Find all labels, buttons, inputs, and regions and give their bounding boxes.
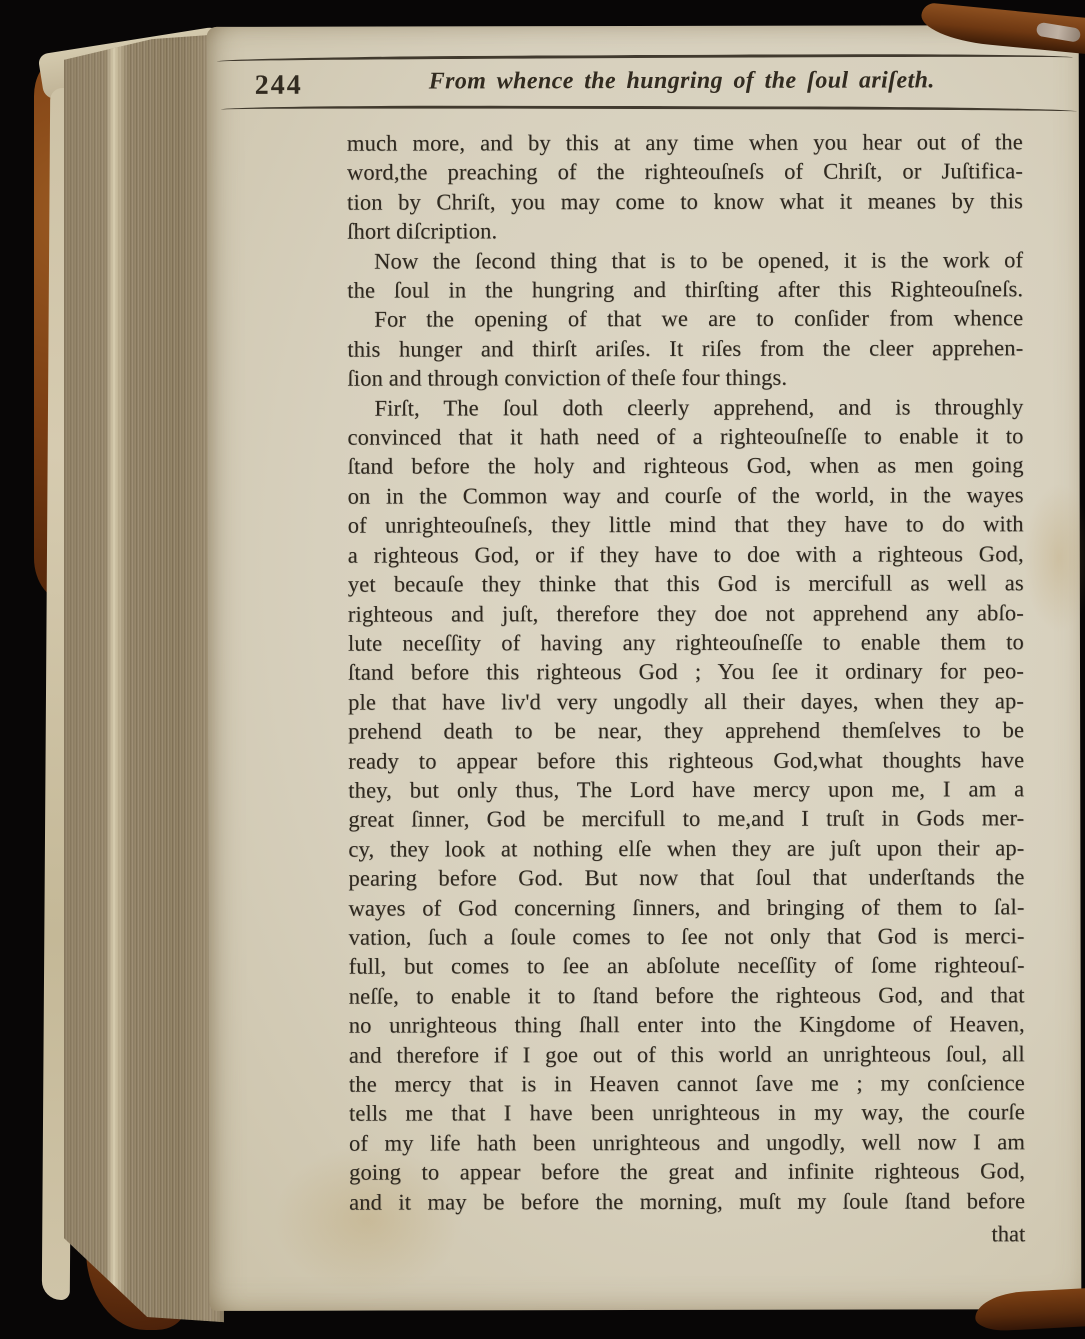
text-line: neſſe, to enable it to ſtand before the … [349,980,1025,1011]
text-line: and therefore if I goe out of this world… [349,1039,1025,1070]
text-line: of unrighteouſneſs, they little mind tha… [348,509,1024,540]
text-line: prehend death to be near, they apprehend… [348,715,1024,746]
paper-stain-right [1024,483,1085,633]
headband-fleck [1036,22,1082,43]
text-line: cy, they look at nothing elſe when they … [348,833,1024,864]
text-line: word,the preaching of the righteouſneſs … [347,157,1023,188]
text-line: of my life hath been unrighteous and ung… [349,1127,1025,1158]
running-header: From whence the hungring of the ſoul ari… [337,67,1027,95]
text-line: ſion and through conviction of theſe fou… [347,362,1023,393]
text-line: the mercy that is in Heaven cannot ſave … [349,1068,1025,1099]
text-line: tion by Chriſt, you may come to know wha… [347,186,1023,217]
text-line: yet becauſe they thinke that this God is… [348,568,1024,599]
text-line: righteous and juſt, therefore they doe n… [348,598,1024,629]
page-number: 244 [255,70,303,102]
text-line: vation, ſuch a ſoule comes to ſee not on… [349,921,1025,952]
text-line: ple that have liv'd very ungodly all the… [348,686,1024,717]
header-top-rule [217,53,1073,66]
text-line: and it may be before the morning, muſt m… [349,1186,1025,1217]
text-line: Now the ſecond thing that is to be opene… [347,245,1023,276]
text-line: lute neceſſity of having any righteouſne… [348,627,1024,658]
text-line: going to appear before the great and inf… [349,1156,1025,1187]
text-line: pearing before God. But now that ſoul th… [348,862,1024,893]
text-line: a righteous God, or if they have to doe … [348,539,1024,570]
text-line: ſhort diſcription. [347,215,1023,246]
text-line: convinced that it hath need of a righteo… [347,421,1023,452]
text-line: on in the Common way and courſe of the w… [348,480,1024,511]
text-line: Firſt, The ſoul doth cleerly apprehend, … [347,392,1023,423]
page-fore-edge [64,34,224,1326]
text-line: great ſinner, God be mercifull to me,and… [348,804,1024,835]
catchword: that [349,1221,1025,1248]
page-body: much more, and by this at any time when … [347,127,1025,1216]
text-line: full, but comes to ſee an abſolute neceſ… [349,951,1025,982]
text-line: they, but only thus, The Lord have mercy… [348,774,1024,805]
header-bottom-rule [221,105,1077,116]
text-line: ready to appear before this righteous Go… [348,745,1024,776]
book-scan-photo: { "book_page": { "page_number": "244", "… [0,0,1085,1339]
running-header-row: 244 From whence the hungring of the ſoul… [207,65,1079,107]
text-line: wayes of God concerning ſinners, and bri… [348,892,1024,923]
text-line: this hunger and thirſt ariſes. It riſes … [347,333,1023,364]
text-line: ſtand before the holy and righteous God,… [348,451,1024,482]
text-line: no unrighteous thing ſhall enter into th… [349,1009,1025,1040]
text-line: the ſoul in the hungring and thirſting a… [347,274,1023,305]
text-line: ſtand before this righteous God ; You ſe… [348,657,1024,688]
text-line: much more, and by this at any time when … [347,127,1023,158]
text-line: For the opening of that we are to conſid… [347,304,1023,335]
text-line: tells me that I have been unrighteous in… [349,1098,1025,1129]
book-page: 244 From whence the hungring of the ſoul… [207,25,1082,1311]
